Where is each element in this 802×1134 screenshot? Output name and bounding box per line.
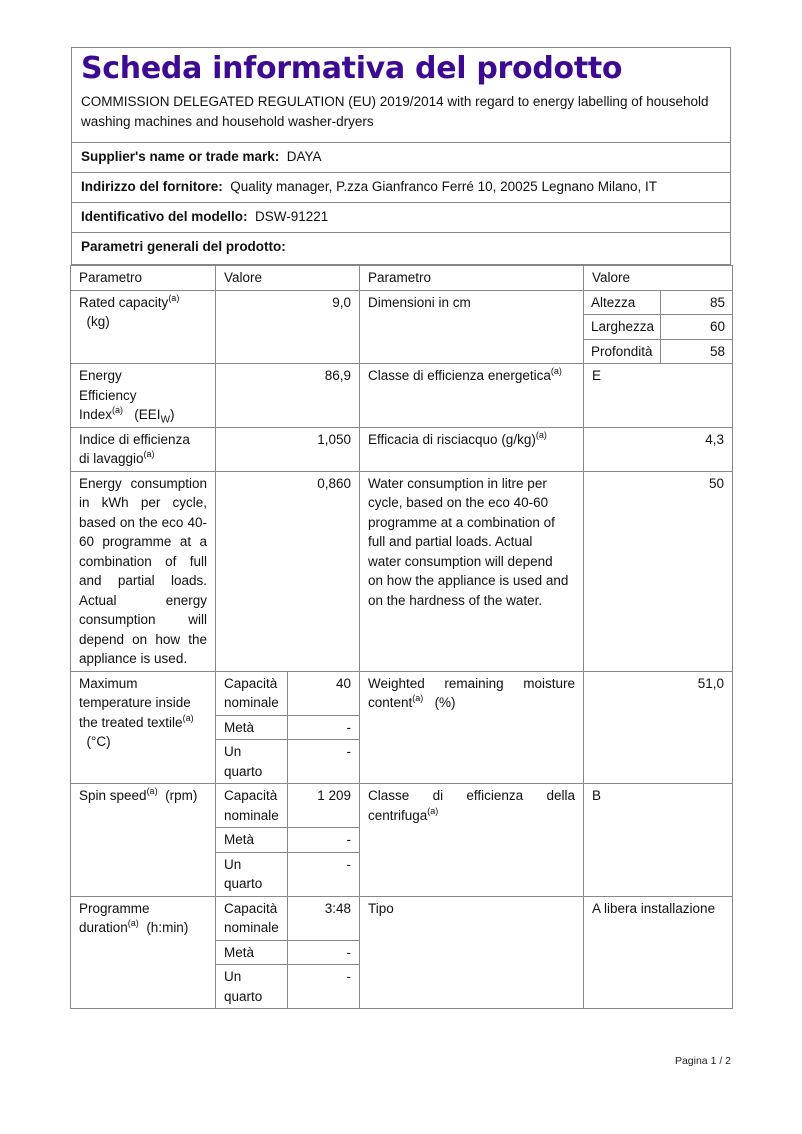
table-row: Programmeduration(a) (h:min) Capacità no… [71, 896, 733, 940]
parameters-table: Parametro Valore Parametro Valore Rated … [70, 265, 733, 1009]
moisture-label: Weighted remaining moisture content(a) (… [360, 671, 584, 784]
table-row: Maximum temperature inside the treated t… [71, 671, 733, 715]
header-parametro-2: Parametro [360, 266, 584, 291]
model-label: Identificativo del modello: [81, 209, 248, 224]
dimensions-label: Dimensioni in cm [360, 290, 584, 364]
rinsing-value: 4,3 [584, 427, 733, 471]
load-value: - [288, 940, 360, 965]
table-row: Spin speed(a) (rpm) Capacità nominale 1 … [71, 784, 733, 828]
load-value: - [288, 740, 360, 784]
product-information-sheet: Scheda informativa del prodotto COMMISSI… [71, 47, 731, 1009]
load-label: Un quarto [216, 852, 288, 896]
load-label: Un quarto [216, 740, 288, 784]
load-label: Metà [216, 940, 288, 965]
spin-class-value: B [584, 784, 733, 897]
max-temperature-label: Maximum temperature inside the treated t… [71, 671, 216, 784]
header-parametro-1: Parametro [71, 266, 216, 291]
rinsing-label: Efficacia di risciacquo (g/kg)(a) [360, 427, 584, 471]
type-label: Tipo [360, 896, 584, 1009]
spin-class-label: Classe di efficienza della centrifuga(a) [360, 784, 584, 897]
address-row: Indirizzo del fornitore: Quality manager… [72, 173, 730, 203]
washing-index-value: 1,050 [216, 427, 360, 471]
header-valore-2: Valore [584, 266, 733, 291]
load-value: - [288, 715, 360, 740]
regulation-subtitle: COMMISSION DELEGATED REGULATION (EU) 201… [72, 88, 730, 143]
programme-duration-label: Programmeduration(a) (h:min) [71, 896, 216, 1009]
load-label: Metà [216, 828, 288, 853]
model-value: DSW-91221 [255, 209, 328, 224]
rated-capacity-label: Rated capacity(a) (kg) [71, 290, 216, 364]
load-value: 1 209 [288, 784, 360, 828]
table-row: Indice di efficienzadi lavaggio(a) 1,050… [71, 427, 733, 471]
page-number: Pagina 1 / 2 [675, 1055, 731, 1067]
table-row: Energy consumption in kWh per cycle, bas… [71, 471, 733, 671]
supplier-row: Supplier's name or trade mark: DAYA [72, 143, 730, 173]
type-value: A libera installazione [584, 896, 733, 1009]
water-consumption-label: Water consumption in litre per cycle, ba… [360, 471, 584, 671]
table-row: Energy Efficiency Index(a) (EEIW) 86,9 C… [71, 364, 733, 428]
spin-speed-label: Spin speed(a) (rpm) [71, 784, 216, 897]
supplier-label: Supplier's name or trade mark: [81, 149, 279, 164]
header-valore-1: Valore [216, 266, 360, 291]
eei-value: 86,9 [216, 364, 360, 428]
table-header-row: Parametro Valore Parametro Valore [71, 266, 733, 291]
table-row: Rated capacity(a) (kg) 9,0 Dimensioni in… [71, 290, 733, 364]
moisture-value: 51,0 [584, 671, 733, 784]
load-value: - [288, 852, 360, 896]
energy-class-value: E [584, 364, 733, 428]
energy-class-label: Classe di efficienza energetica(a) [360, 364, 584, 428]
address-value: Quality manager, P.zza Gianfranco Ferré … [230, 179, 657, 194]
washing-index-label: Indice di efficienzadi lavaggio(a) [71, 427, 216, 471]
water-consumption-value: 50 [584, 471, 733, 671]
load-label: Capacità nominale [216, 896, 288, 940]
dimensions-values: Altezza85 Larghezza60 Profondità58 [584, 290, 733, 364]
supplier-value: DAYA [287, 149, 322, 164]
dimension-row-width: Larghezza60 [584, 315, 732, 340]
page-title: Scheda informativa del prodotto [72, 48, 730, 88]
load-label: Capacità nominale [216, 784, 288, 828]
sheet-header-box: Scheda informativa del prodotto COMMISSI… [71, 47, 731, 265]
load-value: 3:48 [288, 896, 360, 940]
address-label: Indirizzo del fornitore: [81, 179, 223, 194]
section-title: Parametri generali del prodotto: [72, 233, 730, 265]
load-value: - [288, 828, 360, 853]
load-value: - [288, 965, 360, 1009]
dimension-row-depth: Profondità58 [584, 339, 732, 363]
load-label: Metà [216, 715, 288, 740]
energy-consumption-label: Energy consumption in kWh per cycle, bas… [71, 471, 216, 671]
rated-capacity-value: 9,0 [216, 290, 360, 364]
eei-label: Energy Efficiency Index(a) (EEIW) [71, 364, 216, 428]
model-row: Identificativo del modello: DSW-91221 [72, 203, 730, 233]
load-value: 40 [288, 671, 360, 715]
dimension-row-height: Altezza85 [584, 291, 732, 315]
load-label: Capacità nominale [216, 671, 288, 715]
energy-consumption-value: 0,860 [216, 471, 360, 671]
load-label: Un quarto [216, 965, 288, 1009]
